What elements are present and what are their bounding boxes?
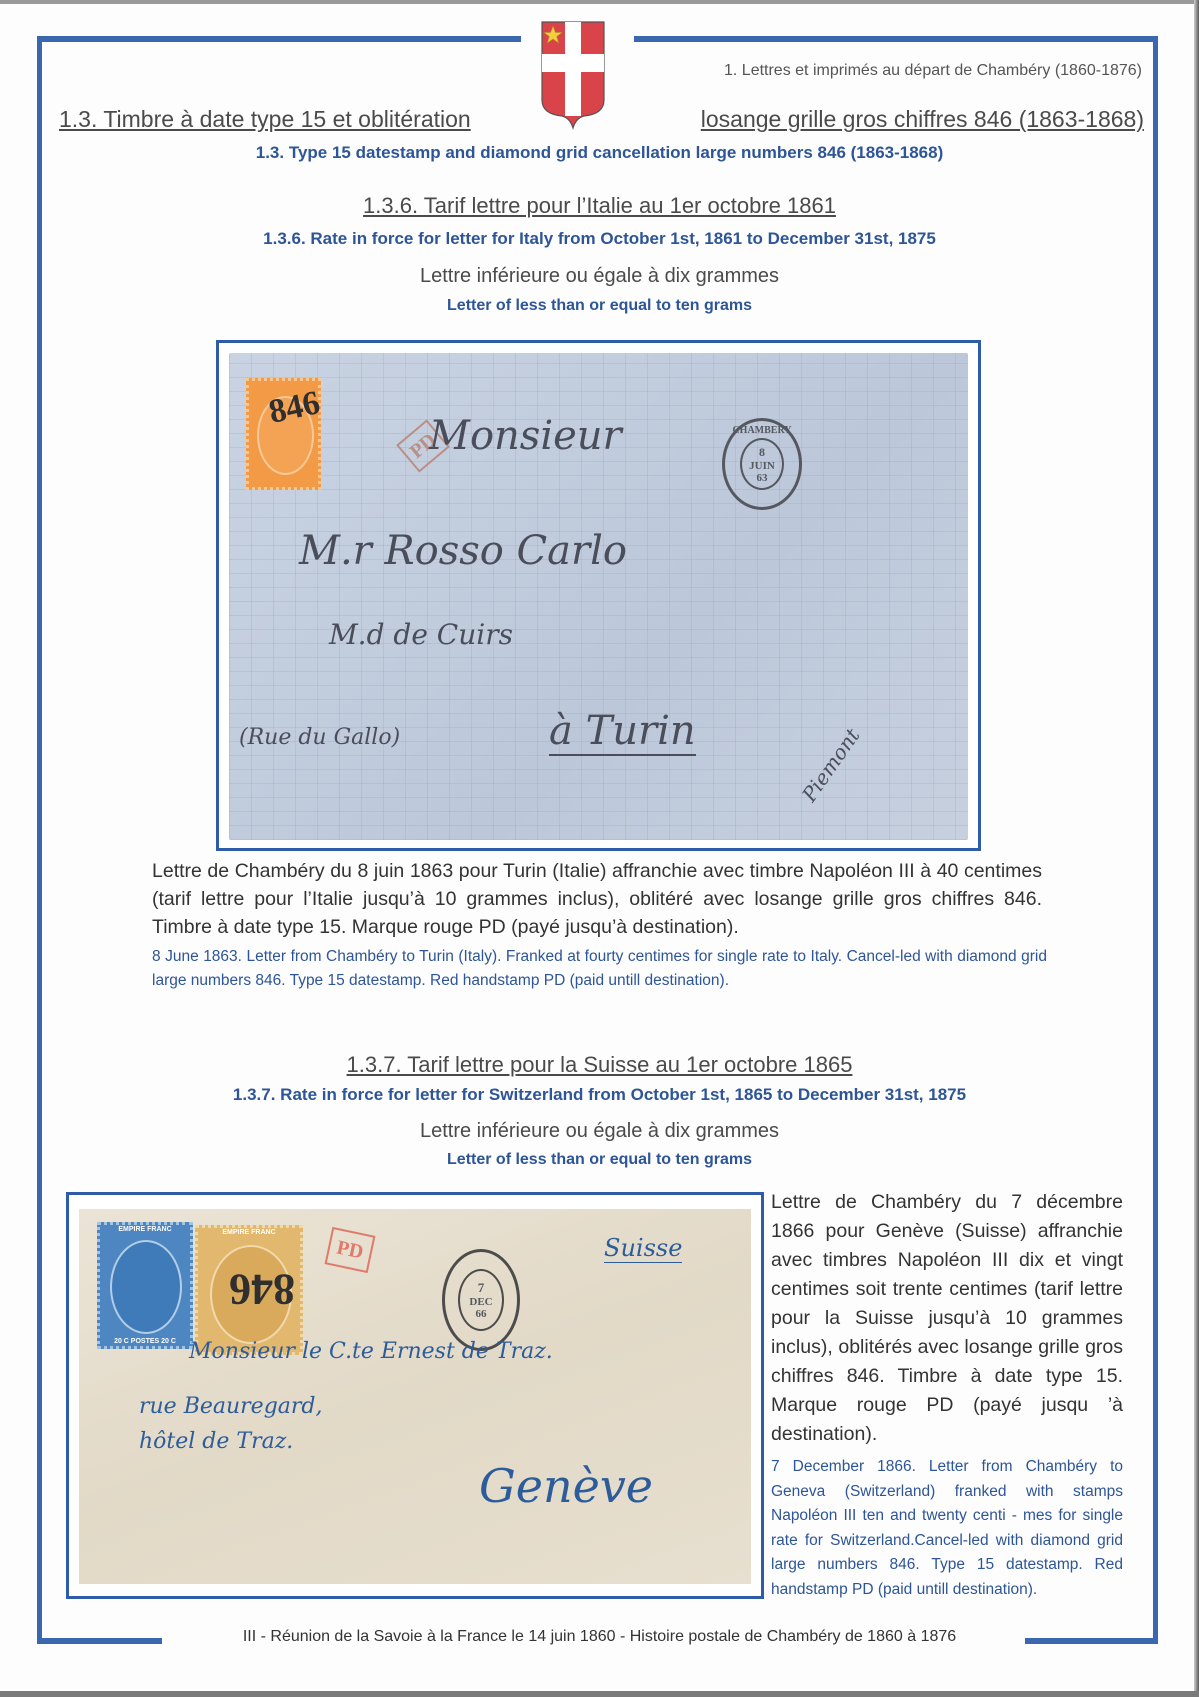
scan-edge bbox=[1194, 0, 1199, 1697]
page-subtitle-en: 1.3. Type 15 datestamp and diamond grid … bbox=[0, 143, 1199, 163]
address-destination: Genève bbox=[479, 1459, 653, 1513]
address-line: Monsieur le C.te Ernest de Traz. bbox=[189, 1339, 553, 1364]
weight-class-fr: Lettre inférieure ou égale à dix grammes bbox=[0, 265, 1199, 288]
page-title-left: 1.3. Timbre à date type 15 et oblitérati… bbox=[59, 106, 471, 133]
envelope: EMPIRE FRANC 20 C POSTES 20 C EMPIRE FRA… bbox=[79, 1209, 751, 1584]
section-title: 1.3.6. Tarif lettre pour l’Italie au 1er… bbox=[0, 193, 1199, 219]
address-line: (Rue du Gallo) bbox=[239, 725, 400, 750]
chapter-heading: 1. Lettres et imprimés au départ de Cham… bbox=[724, 62, 1142, 80]
cancel-number: 846 bbox=[229, 1264, 295, 1315]
stamp-napoleon-20c: EMPIRE FRANC 20 C POSTES 20 C bbox=[97, 1222, 193, 1349]
address-country: Suisse bbox=[604, 1234, 682, 1263]
description-en: 8 June 1863. Letter from Chambéry to Tur… bbox=[152, 945, 1047, 993]
description-fr: Lettre de Chambéry du 7 décembre 1866 po… bbox=[771, 1188, 1123, 1449]
address-line: M.d de Cuirs bbox=[329, 618, 513, 651]
weight-class-fr: Lettre inférieure ou égale à dix grammes bbox=[0, 1120, 1199, 1143]
section-subtitle-en: 1.3.7. Rate in force for letter for Swit… bbox=[0, 1085, 1199, 1105]
address-destination: à Turin bbox=[549, 708, 696, 756]
address-line: M.r Rosso Carlo bbox=[299, 528, 627, 574]
page-title-right: losange grille gros chiffres 846 (1863-1… bbox=[701, 106, 1144, 133]
description-fr: Lettre de Chambéry du 8 juin 1863 pour T… bbox=[152, 857, 1042, 941]
address-line: Monsieur bbox=[429, 413, 622, 459]
datestamp: 7 DEC 66 bbox=[442, 1249, 520, 1351]
cover-image-italy: 846 PD CHAMBERY 8 JUIN 63 Monsieur M.r R… bbox=[216, 340, 981, 851]
scan-edge bbox=[0, 1691, 1199, 1697]
stamp-portrait bbox=[110, 1240, 182, 1334]
section-subtitle-en: 1.3.6. Rate in force for letter for Ital… bbox=[0, 229, 1199, 249]
envelope: 846 PD CHAMBERY 8 JUIN 63 Monsieur M.r R… bbox=[229, 353, 968, 840]
frame-border-top bbox=[634, 36, 1158, 42]
page-footer: III - Réunion de la Savoie à la France l… bbox=[0, 1628, 1199, 1646]
scan-edge bbox=[0, 0, 1199, 4]
cover-image-switzerland: EMPIRE FRANC 20 C POSTES 20 C EMPIRE FRA… bbox=[66, 1192, 764, 1599]
address-line: hôtel de Traz. bbox=[139, 1429, 293, 1454]
pd-handstamp: PD bbox=[325, 1227, 376, 1273]
description-en: 7 December 1866. Letter from Chambéry to… bbox=[771, 1455, 1123, 1602]
address-line: rue Beauregard, bbox=[139, 1394, 323, 1419]
address-region: Piemont bbox=[797, 724, 865, 806]
weight-class-en: Letter of less than or equal to ten gram… bbox=[0, 297, 1199, 315]
frame-border-top bbox=[37, 36, 521, 42]
page-title: 1.3. Timbre à date type 15 et oblitérati… bbox=[59, 106, 1144, 133]
datestamp: CHAMBERY 8 JUIN 63 bbox=[722, 418, 802, 510]
weight-class-en: Letter of less than or equal to ten gram… bbox=[0, 1151, 1199, 1169]
section-title: 1.3.7. Tarif lettre pour la Suisse au 1e… bbox=[0, 1052, 1199, 1078]
